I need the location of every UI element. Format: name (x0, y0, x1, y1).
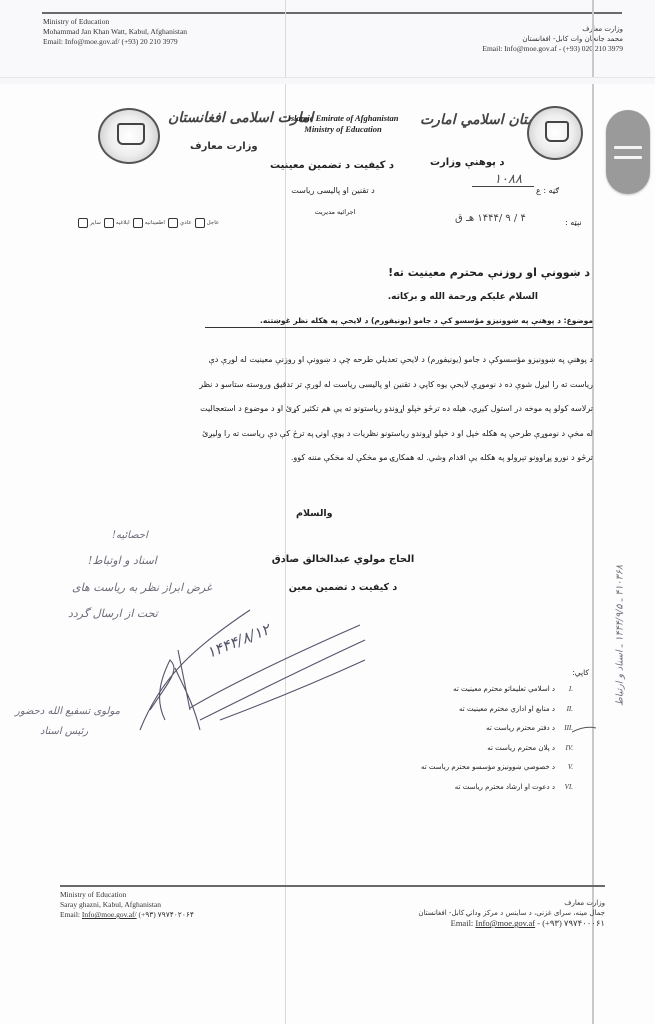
checkmark-tick-icon (572, 726, 596, 734)
body-line: ترڅو د نورو پړاوونو تېرولو په هکله یې اق… (68, 446, 593, 471)
margin-note-text: ۴۱۰۳۶۸ ـ ۱۴۴۴/۹/۵ ـ اسناد و ارتباط (615, 526, 626, 746)
checkbox-box[interactable] (168, 218, 178, 228)
body-line: ترلاسه کولو په موخه در استول کیږي، هیله … (68, 397, 593, 422)
prev-footer-right-line1: وزارت معارف (440, 24, 623, 34)
header-emirate-name: Islamic Emirate of Afghanistan (268, 113, 418, 124)
copies-item: V.د خصوصي ښوونیزو مؤسسو محترم ریاست ته (360, 758, 593, 778)
department-quality-assurance: د کیفیت د تضمین معینیت (262, 160, 402, 171)
copies-title: کاپي: (360, 668, 593, 677)
checkbox-notification[interactable]: ابلاغیه (104, 218, 130, 228)
checkbox-box[interactable] (78, 218, 88, 228)
islamic-emirate-emblem-icon (527, 106, 583, 160)
paper-edge-line (592, 84, 594, 1024)
letter-subject: موضوع: د پوهنې په ښوونیزو مؤسسو کې د جام… (205, 316, 593, 328)
body-line: له مخې د نوموړې طرحې په هکله خپل او د خپ… (68, 422, 593, 447)
footer-right: وزارت معارف جمال مینه، سرای غزنی، د ساین… (400, 898, 605, 928)
prev-footer-right: وزارت معارف محمد جانخان وات کابل- افغانس… (440, 24, 623, 54)
copies-list: کاپي: I.د اسلامي تعلیماتو محترم معینیت ت… (360, 668, 593, 797)
header-ministry-name: Ministry of Education (268, 124, 418, 135)
checkbox-label: ابلاغیه (116, 220, 130, 226)
checkbox-label: عاجل (207, 220, 220, 226)
prev-footer-left-line2: Mohammad Jan Khan Watt, Kabul, Afghanist… (43, 27, 187, 37)
checkbox-box[interactable] (104, 218, 114, 228)
letter-number-value: ۱۰۸۸ (494, 172, 522, 187)
footer-divider (60, 885, 605, 887)
body-line: د پوهنې په ښوونیزو مؤسسوکې د جامو (یونیف… (68, 348, 593, 373)
footer-right-line2: جمال مینه، سرای غزنی، د ساینس د مرکز ودا… (400, 908, 605, 918)
drag-handle-icon (614, 146, 642, 149)
signatory-name: الحاج مولوي عبدالخالق صادق (258, 554, 428, 565)
footer-left: Ministry of Education Saray ghazni, Kabu… (60, 890, 194, 920)
viewer-scroll-handle[interactable] (606, 110, 650, 194)
copies-item: IV.د پلان محترم ریاست ته (360, 739, 593, 759)
footer-left-line3: Email: Info@moe.gov.af/ (+۹۳) ۷۹۷۴۰۲۰۶۴ (60, 910, 194, 920)
handwritten-signer-title: رئیس اسناد (40, 726, 88, 737)
department-legislation-policy: د تقنین او پالیسی ریاست (268, 186, 398, 195)
drag-handle-icon (614, 156, 642, 159)
prev-footer-left-line1: Ministry of Education (43, 17, 187, 27)
center-header-english: Islamic Emirate of Afghanistan Ministry … (268, 113, 418, 135)
checkbox-normal[interactable]: عادي (168, 218, 192, 228)
prev-footer-left: Ministry of Education Mohammad Jan Khan … (43, 17, 187, 47)
footer-left-line2: Saray ghazni, Kabul, Afghanistan (60, 900, 194, 910)
checkbox-label: اطمینانیه (145, 220, 165, 226)
letter-greeting: السلام علیکم ورحمة الله و برکاته. (300, 292, 538, 302)
handwritten-note-line1: احصائیه! (112, 530, 148, 541)
right-ministry-title: د پوهنې وزارت (430, 157, 504, 168)
letter-date-value: ۴ / ۹ /۱۴۴۴ هـ ق (455, 213, 526, 224)
checkbox-label: سایر (90, 220, 101, 226)
copies-item: I.د اسلامي تعلیماتو محترم معینیت ته (360, 680, 593, 700)
previous-page-footer: Ministry of Education Mohammad Jan Khan … (0, 0, 655, 78)
checkbox-other[interactable]: سایر (78, 218, 101, 228)
copies-item: III.د دفتر محترم ریاست ته (360, 719, 593, 739)
footer-email-link[interactable]: Info@moe.gov.af (475, 918, 535, 928)
priority-checkboxes: عاجل عادي اطمینانیه ابلاغیه سایر (78, 218, 219, 228)
footer-right-line3: Email: Info@moe.gov.af - (+۹۳) ۷۹۷۴۰۰۰۶۱ (400, 918, 605, 928)
letter-date-label: نېټه : (565, 218, 582, 227)
prev-footer-right-line3: Email: Info@moe.gov.af - (+93) 020 210 3… (440, 44, 623, 54)
prev-footer-left-line3: Email: Info@moe.gov.af/ (+93) 20 210 397… (43, 37, 187, 47)
letter-closing: والسلام (296, 508, 333, 519)
footer-right-line1: وزارت معارف (400, 898, 605, 908)
checkbox-urgent[interactable]: عاجل (195, 218, 220, 228)
handwritten-note-line2: اسناد و اوتباط! (88, 554, 157, 567)
signature-scribble-icon (130, 590, 370, 740)
left-ministry-title: وزارت معارف (190, 141, 258, 152)
checkbox-label: عادي (180, 220, 192, 226)
footer-email-link[interactable]: Info@moe.gov.af/ (82, 910, 137, 919)
letter-body: د پوهنې په ښوونیزو مؤسسوکې د جامو (یونیف… (68, 348, 593, 471)
copies-item: VI.د دعوت او ارشاد محترم ریاست ته (360, 778, 593, 798)
paper-edge-line (592, 0, 594, 77)
ministry-education-emblem-icon (98, 108, 160, 164)
body-line: ریاست ته را لیږل شوې ده د نوموړې لایحې ی… (68, 373, 593, 398)
letter-addressee: د ښوونې او روزنې محترم معینیت ته! (300, 266, 590, 279)
margin-handwritten-note: ۴۱۰۳۶۸ ـ ۱۴۴۴/۹/۵ ـ اسناد و ارتباط (600, 520, 640, 780)
department-executive: اجرائیه مدیریت (290, 208, 380, 216)
checkbox-confirmation[interactable]: اطمینانیه (133, 218, 165, 228)
letter-number-label: ګڼه : ع (536, 186, 559, 195)
footer-divider (42, 12, 622, 14)
prev-footer-right-line2: محمد جانخان وات کابل- افغانستان (440, 34, 623, 44)
copies-item: II.د منابع او اداري محترم معینیت ته (360, 700, 593, 720)
handwritten-signer-name: مولوی تسفیع الله دحضور (15, 706, 120, 717)
checkbox-box[interactable] (195, 218, 205, 228)
footer-left-line1: Ministry of Education (60, 890, 194, 900)
checkbox-box[interactable] (133, 218, 143, 228)
paper-fold-line (285, 0, 286, 77)
